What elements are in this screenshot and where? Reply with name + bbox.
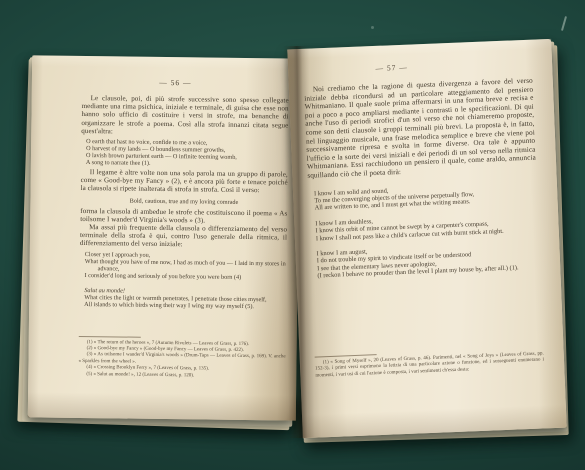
paragraph: Le clausole, poi, di più strofe successi… xyxy=(81,94,288,138)
verse-line: A song to narrate thee (1). xyxy=(86,159,288,168)
page-number: — 57 — xyxy=(277,60,506,77)
footnote-rule xyxy=(315,354,377,357)
paragraph: Noi crediamo che la ragione di questa di… xyxy=(304,77,537,181)
page-number: — 56 — xyxy=(72,78,279,89)
paragraph: Ma assai più frequente della clausola o … xyxy=(80,223,287,250)
right-page: — 57 — Noi crediamo che la ragione di qu… xyxy=(287,39,566,438)
right-page-content: — 57 — Noi crediamo che la ragione di qu… xyxy=(287,39,566,438)
verse-block: O earth that hast no voice, confide to m… xyxy=(86,138,288,168)
verse-block: I know I am august, I do not trouble my … xyxy=(316,242,519,280)
footnote-rule xyxy=(79,336,141,338)
footnote-list: (1) « The return of the heroes », 7 (Aut… xyxy=(78,340,285,381)
verse-block: Salut au monde! What cities the light or… xyxy=(84,287,286,310)
footnote-area: (1) « Song of Myself », 20 (Leaves of Gr… xyxy=(315,347,545,379)
verse-line: I consider'd long and seriously of you b… xyxy=(84,272,286,281)
left-page-content: — 56 — Le clausole, poi, di più strofe s… xyxy=(28,55,300,420)
paragraph: Il legame è altre volte non una sola par… xyxy=(81,168,288,195)
lint-speck xyxy=(371,26,374,29)
verse-block: Closer yet I approach you, What thought … xyxy=(84,251,286,281)
verse-block: I know I am solid and sound, To me the c… xyxy=(314,182,517,212)
verse-line: Bold, cautious, true and my loving comra… xyxy=(80,197,287,207)
footnote: (5) « Salut au monde! », 12 (Leaves of G… xyxy=(78,372,285,381)
lint-speck xyxy=(561,16,567,31)
footnote-area: (1) « The return of the heroes », 7 (Aut… xyxy=(78,336,286,381)
verse-block: I know I am deathless, I know this orbit… xyxy=(315,212,518,242)
left-page: — 56 — Le clausole, poi, di più strofe s… xyxy=(28,55,300,420)
book-photo-scene: — 56 — Le clausole, poi, di più strofe s… xyxy=(0,0,585,470)
